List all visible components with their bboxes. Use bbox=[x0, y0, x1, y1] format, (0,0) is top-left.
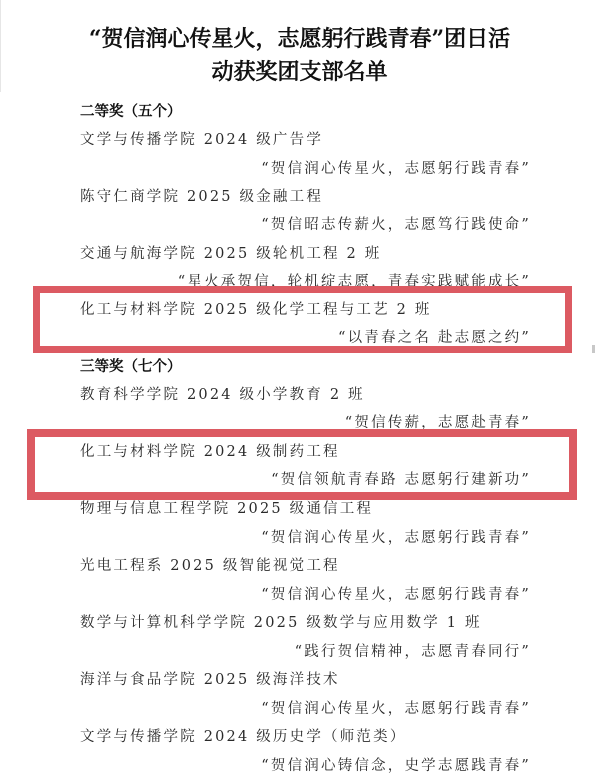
award-unit-highlighted: 化工与材料学院 2025 级化学工程与工艺 2 班 bbox=[80, 298, 432, 319]
award-slogan: “贺信润心传星火，志愿躬行践青春” bbox=[261, 157, 531, 178]
award-unit: 光电工程系 2025 级智能视觉工程 bbox=[80, 554, 340, 575]
document-title-line-1: “贺信润心传星火，志愿躬行践青春”团日活 bbox=[0, 22, 599, 53]
section-heading-second-prize: 二等奖（五个） bbox=[80, 100, 182, 121]
award-slogan: “践行贺信精神，志愿青春同行” bbox=[295, 640, 531, 661]
section-heading-third-prize: 三等奖（七个） bbox=[80, 355, 182, 376]
award-unit: 文学与传播学院 2024 级历史学（师范类） bbox=[80, 725, 407, 746]
award-unit: 交通与航海学院 2025 级轮机工程 2 班 bbox=[80, 242, 381, 263]
award-slogan-highlighted: “以青春之名 赴志愿之约” bbox=[338, 326, 531, 347]
award-unit: 陈守仁商学院 2025 级金融工程 bbox=[80, 185, 323, 206]
award-unit: 教育科学学院 2024 级小学教育 2 班 bbox=[80, 383, 365, 404]
award-slogan: “贺信润心传星火，志愿躬行践青春” bbox=[261, 583, 531, 604]
award-slogan: “贺信润心铸信念，史学志愿践青春” bbox=[261, 754, 531, 775]
scroll-mark bbox=[592, 345, 595, 353]
award-unit: 数学与计算机科学学院 2025 级数学与应用数学 1 班 bbox=[80, 611, 482, 632]
award-unit: 海洋与食品学院 2025 级海洋技术 bbox=[80, 668, 340, 689]
award-unit-highlighted: 化工与材料学院 2024 级制药工程 bbox=[80, 440, 340, 461]
award-slogan: “贺信昭志传薪火，志愿笃行践使命” bbox=[261, 213, 531, 234]
award-slogan-highlighted: “贺信领航青春路 志愿躬行建新功” bbox=[271, 468, 531, 489]
award-slogan: “贺信润心传星火，志愿躬行践青春” bbox=[261, 697, 531, 718]
award-unit: 物理与信息工程学院 2025 级通信工程 bbox=[80, 497, 373, 518]
award-unit: 文学与传播学院 2024 级广告学 bbox=[80, 128, 323, 149]
award-slogan: “星火承贺信，轮机绽志愿，青春实践赋能成长” bbox=[178, 270, 531, 291]
award-slogan: “贺信传薪，志愿赴青春” bbox=[345, 411, 531, 432]
document-title-line-2: 动获奖团支部名单 bbox=[0, 55, 599, 86]
award-slogan: “贺信润心传星火，志愿躬行践青春” bbox=[261, 526, 531, 547]
